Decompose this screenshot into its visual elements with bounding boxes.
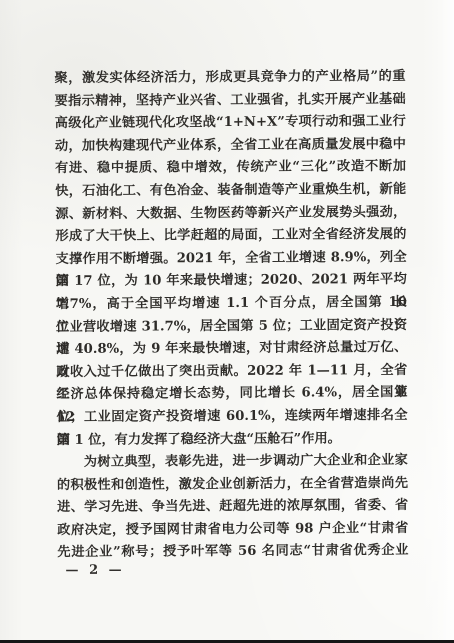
text-line: 经济总体保持稳定增长态势，同比增长 6.4%，居全国第 12	[56, 382, 407, 407]
text-line: 的积极性和创造性，激发企业创新活力，在全省营造崇尚先	[57, 473, 408, 498]
text-line: 有进、稳中提质、稳中增效，传统产业“三化”改造不断加	[55, 156, 406, 181]
text-line: 7.7%，高于全国平均增速 1.1 个百分点，居全国第 10 位；	[56, 292, 407, 317]
text-line: 动，加快构建现代产业体系，全省工业在高质量发展中稳中	[55, 134, 406, 159]
text-line: 源、新材料、大数据、生物医药等新兴产业发展势头强劲，	[55, 201, 406, 226]
text-line: 速 40.8%，为 9 年来最快增速，对甘肃经济总量过万亿、财	[56, 337, 407, 362]
text-line: 位；工业固定资产投资增速 60.1%，连续两年增速排名全国	[57, 405, 408, 430]
text-line: 要指示精神，坚持产业兴省、工业强省，扎实开展产业基础	[55, 88, 406, 113]
document-body-text: 聚，激发实体经济活力，形成更具竞争力的产业格局”的重 要指示精神，坚持产业兴省、…	[54, 66, 408, 565]
text-line: 高级化产业链现代化攻坚战“1+N+X”专项行动和强工业行	[55, 111, 406, 136]
text-line: 政府决定，授予国网甘肃省电力公司等 98 户企业“甘肃省	[57, 518, 408, 543]
text-line: 先进企业”称号；授予叶军等 56 名同志“甘肃省优秀企业	[57, 540, 408, 565]
text-line: 支撑作用不断增强。2021 年，全省工业增速 8.9%，列全国	[56, 247, 407, 272]
text-line: 进、学习先进、争当先进、赶超先进的浓厚氛围，省委、省	[57, 495, 408, 520]
text-line: 聚，激发实体经济活力，形成更具竞争力的产业格局”的重	[54, 66, 405, 91]
page-number: — 2 —	[65, 563, 124, 578]
scan-tilt-layer: 聚，激发实体经济活力，形成更具竞争力的产业格局”的重 要指示精神，坚持产业兴省、…	[0, 0, 454, 643]
text-line: 工业营收增速 31.7%，居全国第 5 位；工业固定资产投资增	[56, 314, 407, 339]
text-line: 政收入过千亿做出了突出贡献。2022 年 1—11 月，全省工业	[56, 360, 407, 385]
text-line-paragraph-end: 第 1 位，有力发挥了稳经济大盘“压舱石”作用。	[57, 427, 408, 452]
scanned-document-page: 聚，激发实体经济活力，形成更具竞争力的产业格局”的重 要指示精神，坚持产业兴省、…	[0, 0, 454, 643]
text-line: 快，石油化工、有色冶金、装备制造等产业重焕生机，新能	[55, 179, 406, 204]
text-line: 第 17 位，为 10 年来最快增速；2020、2021 两年平均增长	[56, 269, 407, 294]
text-line-paragraph-start: 为树立典型，表彰先进，进一步调动广大企业和企业家	[57, 450, 408, 475]
text-line: 形成了大干快上、比学赶超的局面，工业对全省经济发展的	[55, 224, 406, 249]
